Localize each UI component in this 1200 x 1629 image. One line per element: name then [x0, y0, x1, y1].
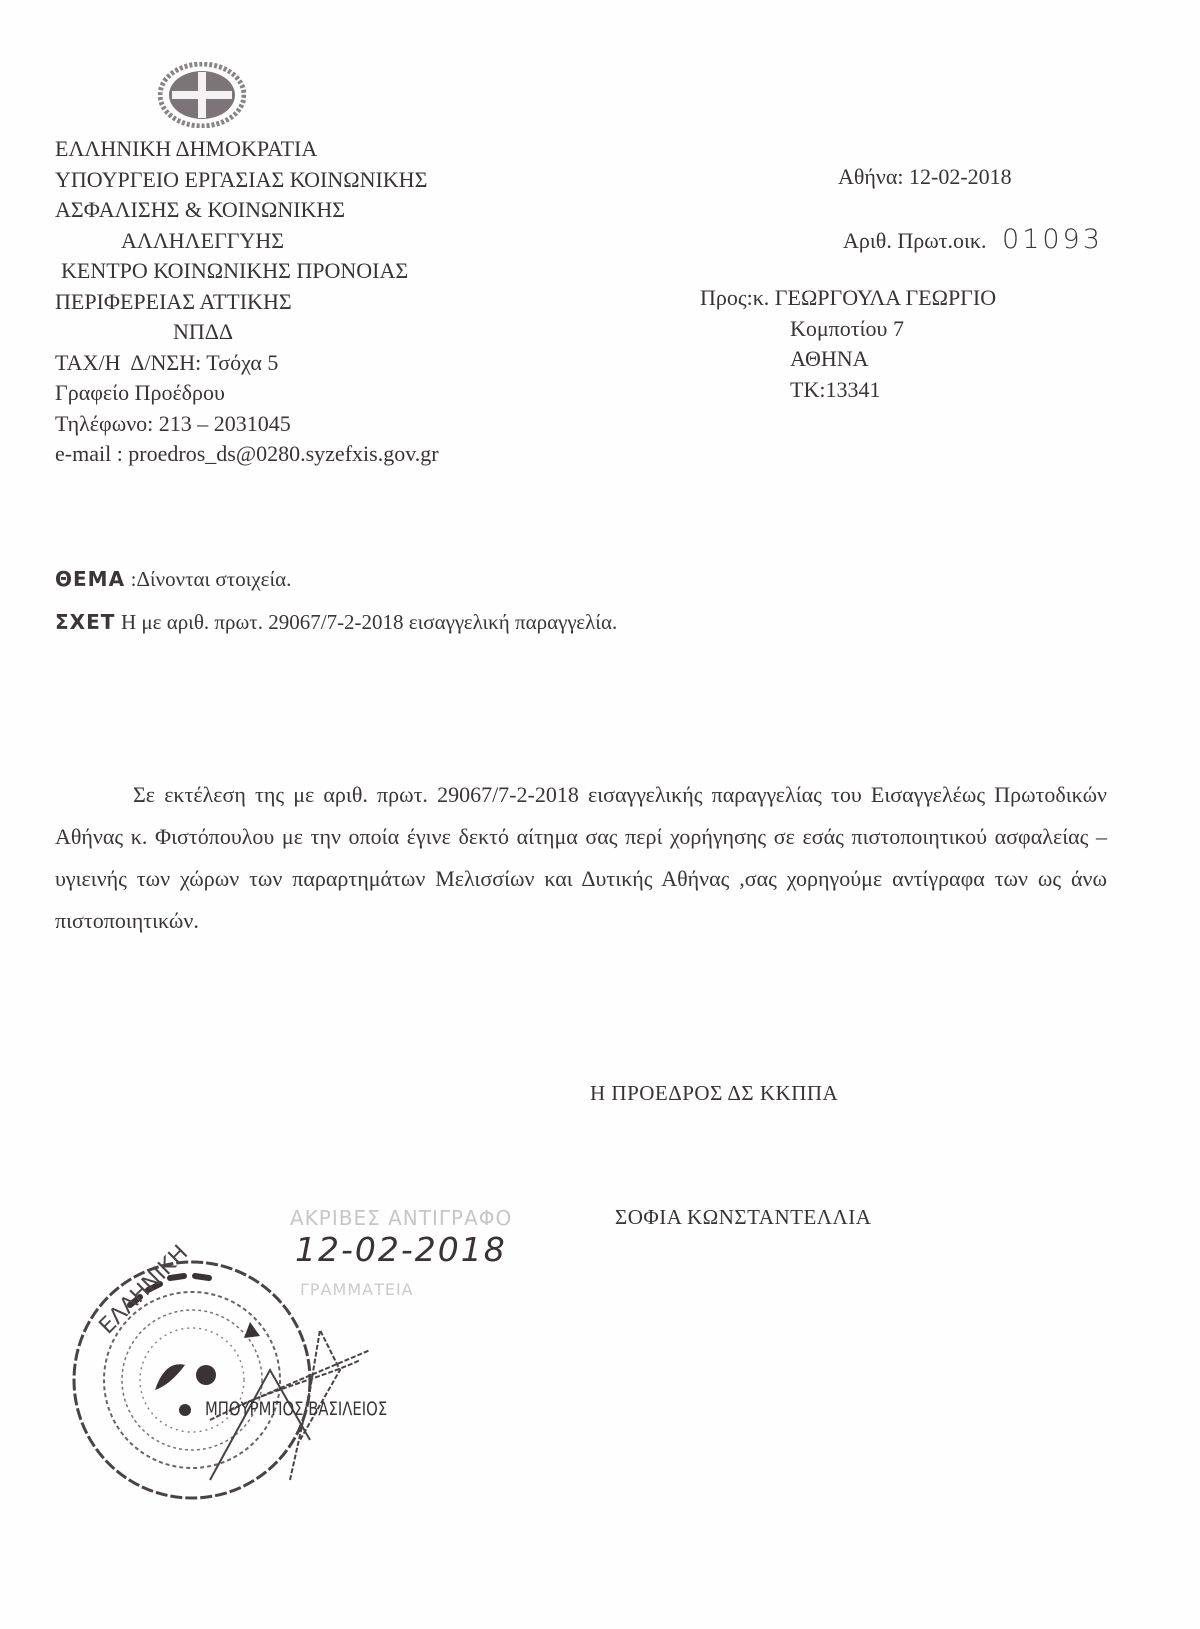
- sender-email: e-mail : proedros_ds@0280.syzefxis.gov.g…: [55, 439, 439, 470]
- certified-copy-stamp: ΑΚΡΙΒΕΣ ΑΝΤΙΓΡΑΦΟ: [290, 1206, 512, 1230]
- recipient-name: ΓΕΩΡΓΟΥΛΑ ΓΕΩΡΓΙΟ: [775, 285, 996, 310]
- protocol-number: Αριθ. Πρωτ.οικ. 01093: [843, 224, 1103, 255]
- document-date: Αθήνα: 12-02-2018: [838, 164, 1012, 190]
- sender-address: ΤΑΧ/Η Δ/ΝΣΗ: Τσόχα 5: [55, 348, 439, 379]
- sender-office: Γραφείο Προέδρου: [55, 378, 439, 409]
- protocol-handwritten-number: 01093: [1002, 224, 1103, 255]
- document-page: ΕΛΛΗΝΙΚΗ ΔΗΜΟΚΡΑΤΙΑ ΥΠΟΥΡΓΕΙΟ ΕΡΓΑΣΙΑΣ Κ…: [0, 0, 1200, 1629]
- recipient-block: Προς:κ. ΓΕΩΡΓΟΥΛΑ ΓΕΩΡΓΙΟ Κομποτίου 7 ΑΘ…: [700, 283, 996, 405]
- subject-label: ΘΕΜΑ: [55, 567, 125, 591]
- recipient-prefix: Προς:κ.: [700, 285, 769, 310]
- subject-line: ΘΕΜΑ :Δίνονται στοιχεία.: [55, 567, 291, 592]
- reference-line: ΣΧΕΤ Η με αριθ. πρωτ. 29067/7-2-2018 εισ…: [55, 610, 617, 635]
- handwritten-signature-icon: [170, 1290, 390, 1490]
- protocol-label: Αριθ. Πρωτ.οικ.: [843, 228, 987, 253]
- recipient-street: Κομποτίου 7: [700, 314, 996, 345]
- reference-label: ΣΧΕΤ: [55, 610, 115, 634]
- recipient-postal: ΤΚ:13341: [700, 375, 996, 406]
- recipient-name-line: Προς:κ. ΓΕΩΡΓΟΥΛΑ ΓΕΩΡΓΙΟ: [700, 283, 996, 314]
- certifying-official-name: ΜΠΟΥΡΜΠΟΣ ΒΑΣΙΛΕΙΟΣ: [205, 1398, 387, 1420]
- signatory-title: Η ΠΡΟΕΔΡΟΣ ΔΣ ΚΚΠΠΑ: [590, 1081, 838, 1106]
- sender-line: ΠΕΡΙΦΕΡΕΙΑΣ ΑΤΤΙΚΗΣ: [55, 287, 439, 318]
- greek-coat-of-arms-icon: [158, 62, 246, 128]
- reference-text: Η με αριθ. πρωτ. 29067/7-2-2018 εισαγγελ…: [121, 610, 617, 634]
- sender-phone: Τηλέφωνο: 213 – 2031045: [55, 409, 439, 440]
- sender-line: ΥΠΟΥΡΓΕΙΟ ΕΡΓΑΣΙΑΣ ΚΟΙΝΩΝΙΚΗΣ: [55, 165, 439, 196]
- signatory-name: ΣΟΦΙΑ ΚΩΝΣΤΑΝΤΕΛΛΙΑ: [615, 1205, 871, 1230]
- recipient-city: ΑΘΗΝΑ: [700, 344, 996, 375]
- sender-block: ΕΛΛΗΝΙΚΗ ΔΗΜΟΚΡΑΤΙΑ ΥΠΟΥΡΓΕΙΟ ΕΡΓΑΣΙΑΣ Κ…: [55, 134, 439, 470]
- subject-text: :Δίνονται στοιχεία.: [131, 567, 292, 591]
- sender-line: ΑΛΛΗΛΕΓΓΥΗΣ: [55, 226, 439, 257]
- sender-line: ΑΣΦΑΛΙΣΗΣ & ΚΟΙΝΩΝΙΚΗΣ: [55, 195, 439, 226]
- sender-line: ΕΛΛΗΝΙΚΗ ΔΗΜΟΚΡΑΤΙΑ: [55, 134, 439, 165]
- sender-line: ΚΕΝΤΡΟ ΚΟΙΝΩΝΙΚΗΣ ΠΡΟΝΟΙΑΣ: [55, 256, 439, 287]
- sender-line: ΝΠΔΔ: [55, 317, 439, 348]
- body-paragraph: Σε εκτέλεση της με αριθ. πρωτ. 29067/7-2…: [55, 774, 1107, 942]
